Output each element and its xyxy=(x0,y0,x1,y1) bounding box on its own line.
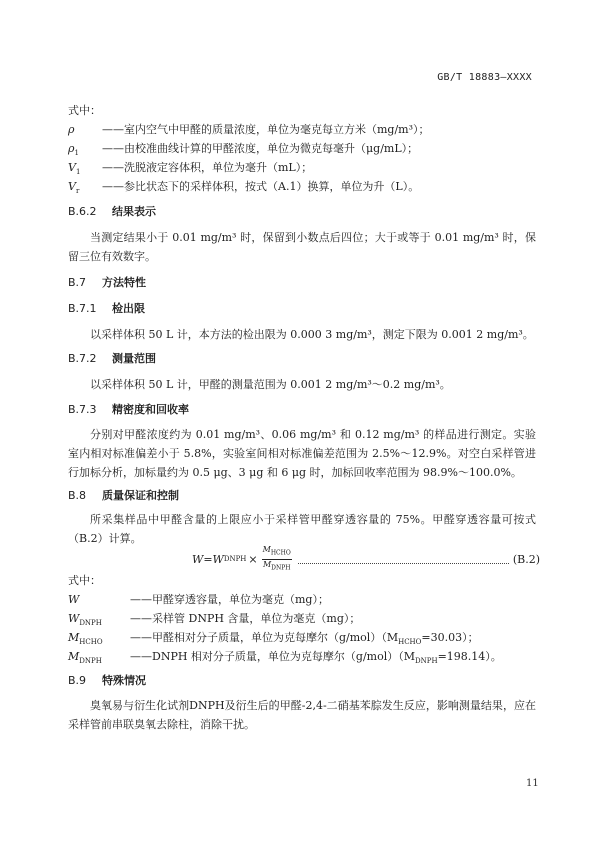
symbol: MHCHO xyxy=(68,631,130,649)
where-item-mhcho: MHCHO——甲醛相对分子质量，单位为克每摩尔（g/mol）（MHCHO=30.… xyxy=(68,631,479,649)
symbol: ρ xyxy=(68,123,102,141)
dot-leader xyxy=(298,555,509,564)
section-heading-b62: B.6.2结果表示 xyxy=(68,205,156,219)
symbol: ρ1 xyxy=(68,142,102,160)
symbol: V1 xyxy=(68,161,102,179)
section-body-b72: 以采样体积 50 L 计，甲醛的测量范围为 0.001 2 mg/m³～0.2 … xyxy=(68,375,536,394)
where-item-mdnph: MDNPH——DNPH 相对分子质量，单位为克每摩尔（g/mol）（MDNPH=… xyxy=(68,650,502,668)
section-body-b62: 当测定结果小于 0.01 mg/m³ 时，保留到小数点后四位；大于或等于 0.0… xyxy=(68,228,536,266)
symbol: MDNPH xyxy=(68,650,130,668)
section-heading-b8: B.8质量保证和控制 xyxy=(68,489,179,503)
section-body-b9: 臭氧易与衍生化试剂DNPH及衍生后的甲醛-2,4-二硝基苯腙发生反应，影响测量结… xyxy=(68,696,536,734)
where-item-rho: ρ——室内空气中甲醛的质量浓度，单位为毫克每立方米（mg/m³）； xyxy=(68,123,430,141)
standard-code: GB/T 18883—XXXX xyxy=(437,72,532,83)
symbol: WDNPH xyxy=(68,612,130,630)
section-heading-b71: B.7.1检出限 xyxy=(68,302,145,316)
section-heading-b7: B.7方法特性 xyxy=(68,276,146,290)
section-body-b8: 所采集样品中甲醛含量的上限应小于采样管甲醛穿透容量的 75%。甲醛穿透容量可按式… xyxy=(68,510,536,548)
formula-label: (B.2) xyxy=(513,553,540,566)
symbol: W xyxy=(68,593,130,611)
section-body-b73: 分别对甲醛浓度约为 0.01 mg/m³、0.06 mg/m³ 和 0.12 m… xyxy=(68,425,536,482)
where-item-rho1: ρ1——由校准曲线计算的甲醛浓度，单位为微克每毫升（μg/mL）； xyxy=(68,142,418,160)
formula-b2: W = WDNPH × MHCHO MDNPH (B.2) xyxy=(192,545,540,573)
where-item-w: W——甲醛穿透容量，单位为毫克（mg）； xyxy=(68,593,329,611)
where-label-2: 式中： xyxy=(68,574,101,588)
section-heading-b73: B.7.3精密度和回收率 xyxy=(68,403,189,417)
section-heading-b72: B.7.2测量范围 xyxy=(68,352,156,366)
where-item-wdnph: WDNPH——采样管 DNPH 含量，单位为毫克（mg）； xyxy=(68,612,360,630)
where-label: 式中： xyxy=(68,104,101,118)
where-item-v1: V1——洗脱液定容体积，单位为毫升（mL）； xyxy=(68,161,312,179)
section-heading-b9: B.9特殊情况 xyxy=(68,674,146,688)
symbol: Vr xyxy=(68,180,102,198)
page-number: 11 xyxy=(526,778,539,789)
fraction: MHCHO MDNPH xyxy=(262,545,292,573)
section-body-b71: 以采样体积 50 L 计，本方法的检出限为 0.000 3 mg/m³，测定下限… xyxy=(68,325,536,344)
where-item-vr: Vr——参比状态下的采样体积，按式（A.1）换算，单位为升（L）。 xyxy=(68,180,419,198)
